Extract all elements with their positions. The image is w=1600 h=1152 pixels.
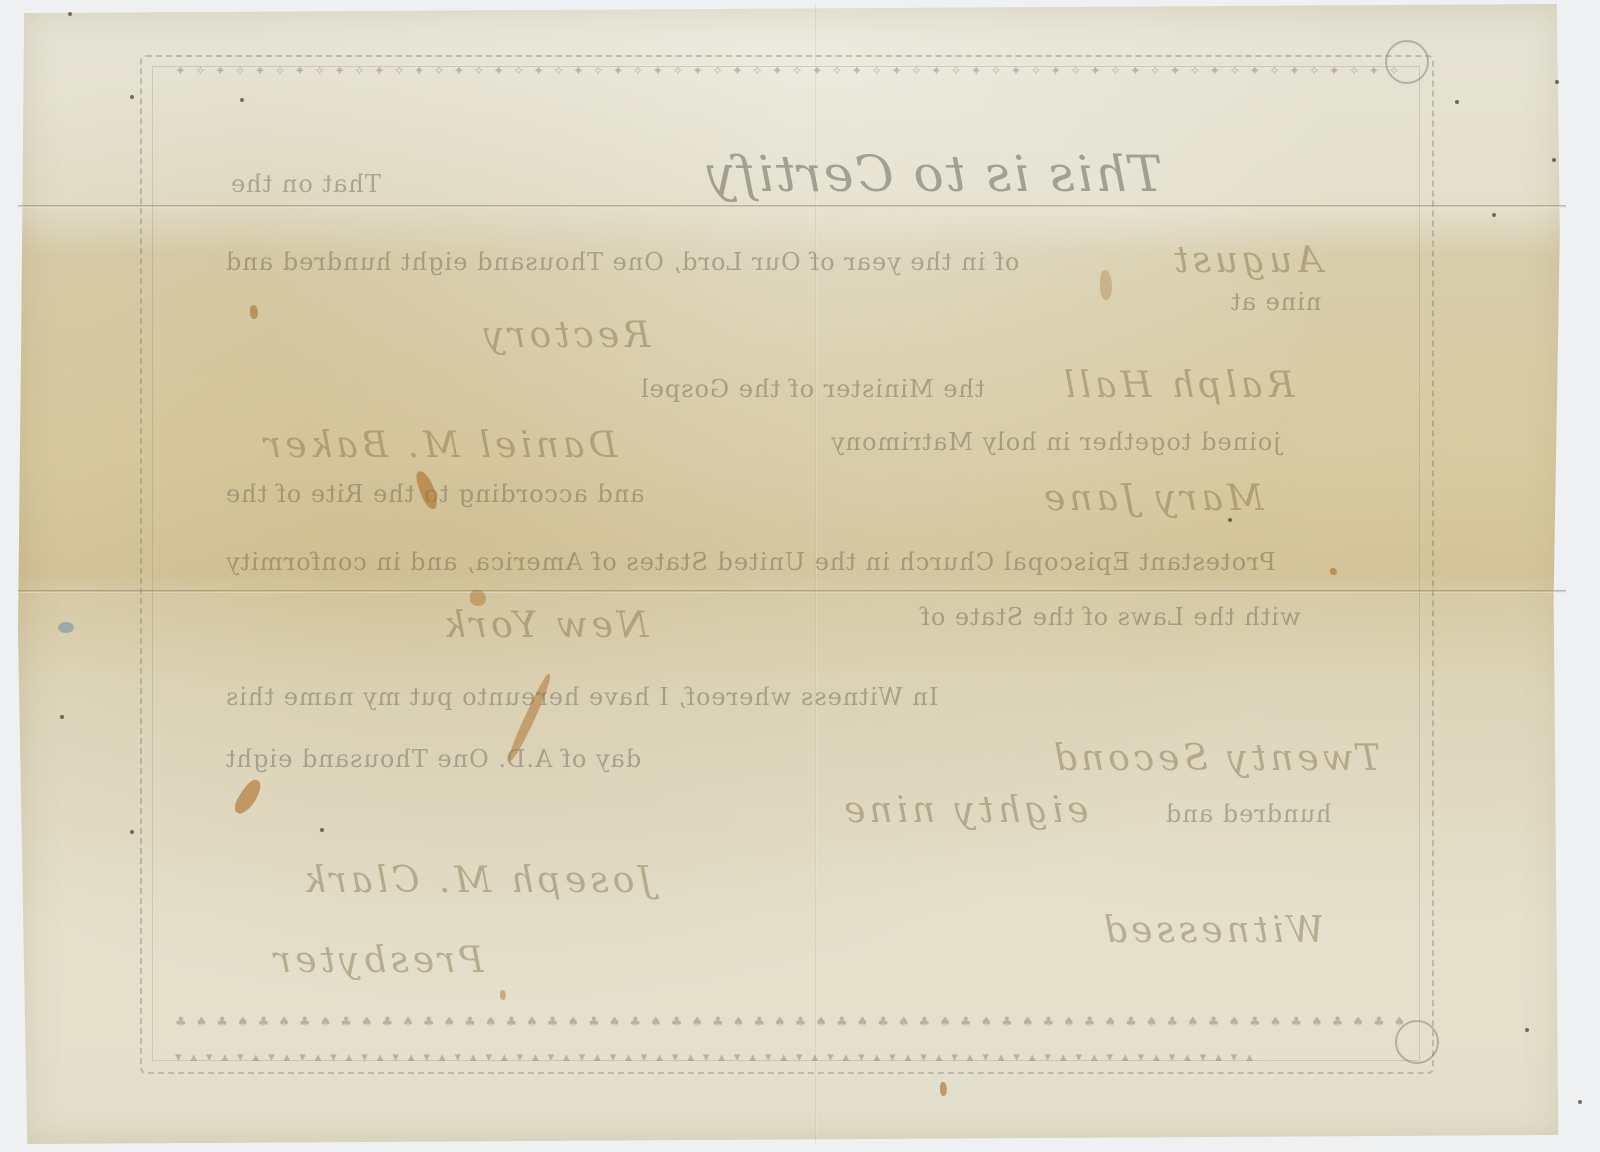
speck: [1455, 100, 1459, 104]
handwritten-place: Rectory: [480, 315, 650, 356]
certificate-line-laws: with the Laws of the State of: [920, 603, 1301, 631]
speck: [1228, 518, 1232, 522]
water-stain: [1100, 270, 1112, 300]
speck: [60, 715, 64, 719]
speck: [130, 95, 134, 99]
handwritten-title: Presbyter: [270, 940, 484, 981]
certificate-witness-line: In Witness whereof, I have hereunto put …: [225, 683, 938, 711]
certificate-day-line: day of A.D. One Thousand eight: [225, 745, 641, 773]
rust-stain: [470, 590, 486, 606]
handwritten-month: August: [1170, 240, 1322, 281]
certificate-line-minister: the Minister of the Gospel: [640, 375, 985, 403]
certificate-line-joined: joined together in holy Matrimony: [830, 428, 1281, 456]
speck: [1525, 1028, 1529, 1032]
handwritten-day: Twenty Second: [1050, 738, 1380, 779]
rust-stain: [940, 1082, 947, 1096]
handwritten-officiant: Ralph Hall: [1060, 365, 1294, 406]
rust-stain: [250, 305, 258, 319]
handwritten-state: New York: [440, 605, 648, 646]
speck: [68, 12, 72, 16]
speck: [320, 828, 324, 832]
certificate-heading-cont: That on the: [230, 170, 381, 198]
ornament-row-top: ✦✧✦✧✦✧✦✧✦✧✦✧✦✧✦✧✦✧✦✧✦✧✦✧✦✧✦✧✦✧✦✧✦✧✦✧✦✧✦✧…: [175, 64, 1405, 78]
certificate-line-year: of in the year of Our Lord, One Thousand…: [225, 248, 1019, 276]
certificate-heading: This is to Certify: [705, 145, 1162, 203]
certificate-hundred-line: hundred and: [1165, 800, 1332, 828]
handwritten-signature: Joseph M. Clark: [300, 860, 653, 901]
certificate-line-at: nine at: [1230, 288, 1321, 316]
handwritten-year: eighty nine: [840, 790, 1089, 831]
rust-stain: [500, 990, 506, 1000]
blue-ink-spot: [58, 622, 74, 633]
certificate-line-church: Protestant Episcopal Church in the Unite…: [225, 548, 1276, 576]
handwritten-bride: Mary Jane: [1040, 478, 1264, 519]
speck: [1492, 213, 1496, 217]
ornament-row-bottom: ♣♠♣♠♣♠♣♠♣♠♣♠♣♠♣♠♣♠♣♠♣♠♣♠♣♠♣♠♣♠♣♠♣♠♣♠♣♠♣♠…: [175, 1015, 1405, 1029]
speck: [130, 830, 134, 834]
speck: [1552, 158, 1556, 162]
speck: [240, 98, 244, 102]
speck: [1578, 1100, 1582, 1104]
rust-stain: [1330, 568, 1337, 575]
speck: [1555, 80, 1559, 84]
handwritten-groom: Daniel M. Baker: [260, 425, 617, 466]
ornament-row-base: ▾▴▾▴▾▴▾▴▾▴▾▴▾▴▾▴▾▴▾▴▾▴▾▴▾▴▾▴▾▴▾▴▾▴▾▴▾▴▾▴…: [175, 1050, 1405, 1064]
handwritten-witnessed: Witnessed: [1100, 910, 1324, 951]
